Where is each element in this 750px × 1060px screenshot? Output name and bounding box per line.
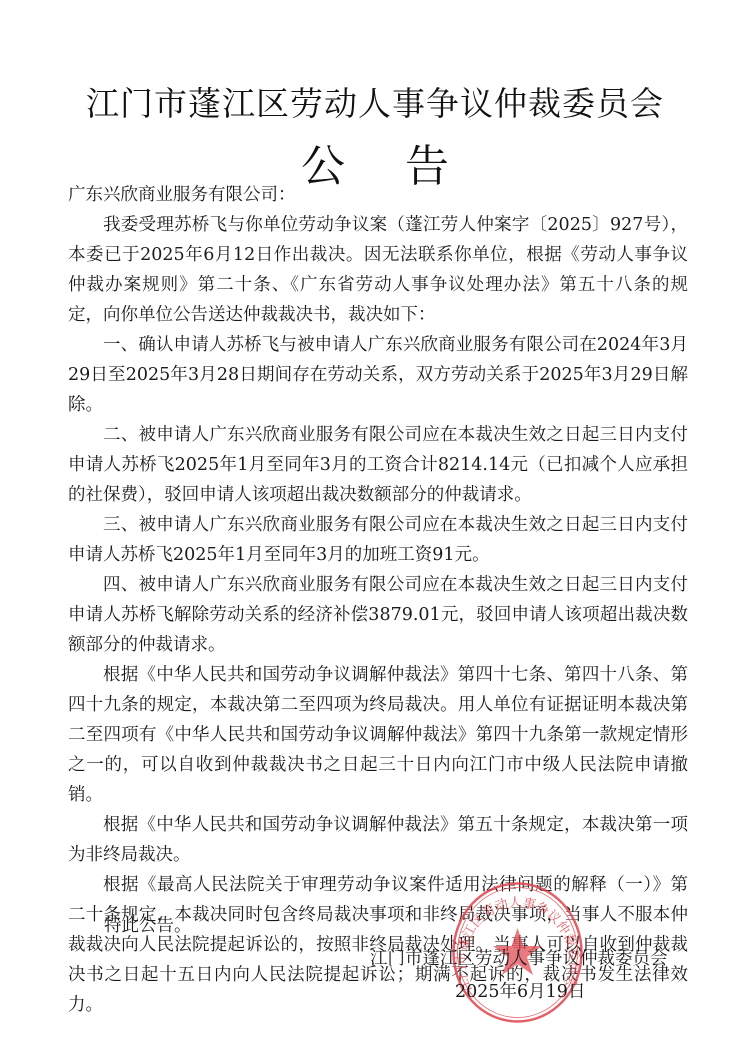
addressee: 广东兴欣商业服务有限公司： (68, 180, 688, 210)
document-title: 江门市蓬江区劳动人事争议仲裁委员会 (0, 78, 750, 125)
signature-organization: 江门市蓬江区劳动人事争议仲裁委员会 (370, 945, 668, 970)
signature-date: 2025年6月19日 (455, 978, 585, 1003)
paragraph-item-4: 四、被申请人广东兴欣商业服务有限公司应在本裁决生效之日起三日内支付申请人苏桥飞解… (68, 570, 688, 660)
paragraph-item-1: 一、确认申请人苏桥飞与被申请人广东兴欣商业服务有限公司在2024年3月29日至2… (68, 330, 688, 420)
paragraph-item-3: 三、被申请人广东兴欣商业服务有限公司应在本裁决生效之日起三日内支付申请人苏桥飞2… (68, 510, 688, 570)
paragraph-item-2: 二、被申请人广东兴欣商业服务有限公司应在本裁决生效之日起三日内支付申请人苏桥飞2… (68, 420, 688, 510)
paragraph-intro: 我委受理苏桥飞与你单位劳动争议案（蓬江劳人仲案字〔2025〕927号），本委已于… (68, 210, 688, 330)
paragraph-legal-basis-final: 根据《中华人民共和国劳动争议调解仲裁法》第四十七条、第四十八条、第四十九条的规定… (68, 660, 688, 810)
closing-text: 特此公告。 (104, 912, 192, 937)
paragraph-legal-basis-nonfinal: 根据《中华人民共和国劳动争议调解仲裁法》第五十条规定，本裁决第一项为非终局裁决。 (68, 810, 688, 870)
document-body: 广东兴欣商业服务有限公司： 我委受理苏桥飞与你单位劳动争议案（蓬江劳人仲案字〔2… (68, 180, 688, 1020)
